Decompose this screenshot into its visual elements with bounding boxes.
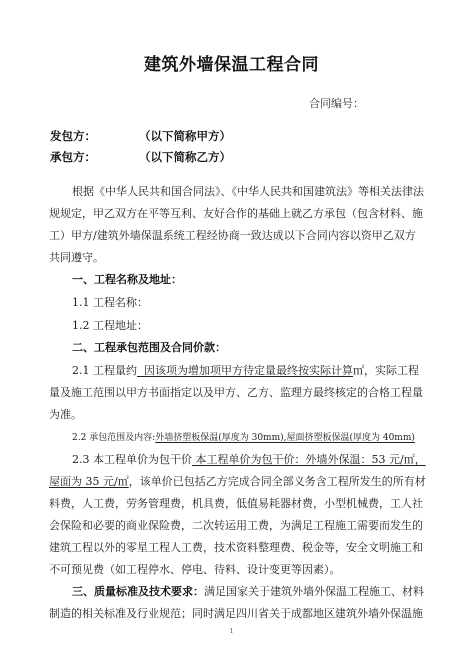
party-contractor-label: 承包方： xyxy=(50,149,139,165)
page-number: 1 xyxy=(0,628,463,635)
item-2-3-line-1: 2.3 本工程单价为包干价 本工程单价为包干价：外墙外保温：53 元/㎡， xyxy=(72,449,426,471)
preamble-line-2: 规规定，甲乙双方在平等互利、友好合作的基础上就乙方承包（包含材料、施 xyxy=(49,203,423,225)
section-3-heading: 三、质量标准及技术要求： xyxy=(72,585,204,598)
section-2-heading: 二、工程承包范围及合同价款： xyxy=(72,337,226,359)
party-contractor: 承包方：（以下简称乙方） xyxy=(50,149,231,165)
preamble-line-1: 根据《中华人民共和国合同法》、《中华人民共和国建筑法》等相关法律法 xyxy=(72,181,424,203)
item-2-2-scope: 外墙挤塑板保温(厚度为 30mm),屋面挤塑板保温(厚度为 40mm) xyxy=(155,433,415,443)
item-2-3-line-5: 建筑工程以外的零星工程人工费，技术资料整理费、税金等，安全文明施工和 xyxy=(49,537,423,559)
item-2-3-prefix: 2.3 本工程单价为包干价 xyxy=(72,453,192,466)
item-2-1-quantity: 因该项为增加项甲方待定量最终按实际计算 xyxy=(137,364,353,377)
party-employer-alias: （以下简称甲方） xyxy=(139,129,231,143)
preamble-line-4: 共同遵守。 xyxy=(49,247,104,269)
item-2-3-price-wall: 本工程单价为包干价：外墙外保温：53 元/㎡， xyxy=(192,453,426,466)
section-1-heading: 一、工程名称及地址： xyxy=(72,269,182,291)
item-2-3-line-2-rest: ，该单价已包括乙方完成合同全部义务含工程所发生的所有材 xyxy=(129,475,426,488)
item-2-3-line-4: 会保险和必要的商业保险费，二次转运用工费，为满足工程施工需要而发生的 xyxy=(49,515,423,537)
section-1-item-1: 1.1 工程名称： xyxy=(72,292,148,314)
item-2-2: 2.2 承包范围及内容:外墙挤塑板保温(厚度为 30mm),屋面挤塑板保温(厚度… xyxy=(72,427,415,449)
item-2-3-line-6: 不可预见费（如工程停水、停电、待料、设计变更等因素）。 xyxy=(49,559,341,581)
item-2-3-line-3: 料费，人工费，劳务管理费，机具费，低值易耗器材费，小型机械费，工人社 xyxy=(49,493,423,515)
preamble-line-3: 工）甲方/建筑外墙保温系统工程经协商一致达成以下合同内容以资甲乙双方 xyxy=(49,225,416,247)
item-2-1-line-1: 2.1 工程量约 因该项为增加项甲方待定量最终按实际计算㎡，实际工程 xyxy=(72,360,419,382)
section-1-item-2: 1.2 工程地址： xyxy=(72,315,148,337)
document-title: 建筑外墙保温工程合同 xyxy=(0,50,463,75)
document-page: 建筑外墙保温工程合同 合同编号： 发包方：（以下简称甲方） 承包方：（以下简称乙… xyxy=(0,0,463,655)
item-2-1-line-2: 量及施工范围以甲方书面指定以及甲方、乙方、监理方最终核定的合格工程量 xyxy=(49,382,423,404)
contract-number-label: 合同编号： xyxy=(309,95,364,111)
section-3-line-2: 制造的相关标准及行业规范；同时满足四川省关于成都地区建筑外墙外保温施 xyxy=(49,603,423,625)
item-2-1-prefix: 2.1 工程量约 xyxy=(72,364,137,377)
item-2-1-suffix: ㎡，实际工程 xyxy=(353,364,419,377)
item-2-2-prefix: 2.2 承包范围及内容: xyxy=(72,433,155,443)
item-2-3-line-2: 屋面为 35 元/㎡，该单价已包括乙方完成合同全部义务含工程所发生的所有材 xyxy=(49,471,426,493)
section-3-line-1: 三、质量标准及技术要求：满足国家关于建筑外墙外保温工程施工、材料 xyxy=(72,581,424,603)
party-employer: 发包方：（以下简称甲方） xyxy=(50,128,231,144)
section-3-text: 满足国家关于建筑外墙外保温工程施工、材料 xyxy=(204,585,424,598)
party-contractor-alias: （以下简称乙方） xyxy=(139,150,231,164)
item-2-1-line-3: 为准。 xyxy=(49,404,82,426)
item-2-3-price-roof: 屋面为 35 元/㎡ xyxy=(49,475,129,488)
party-employer-label: 发包方： xyxy=(50,128,139,144)
